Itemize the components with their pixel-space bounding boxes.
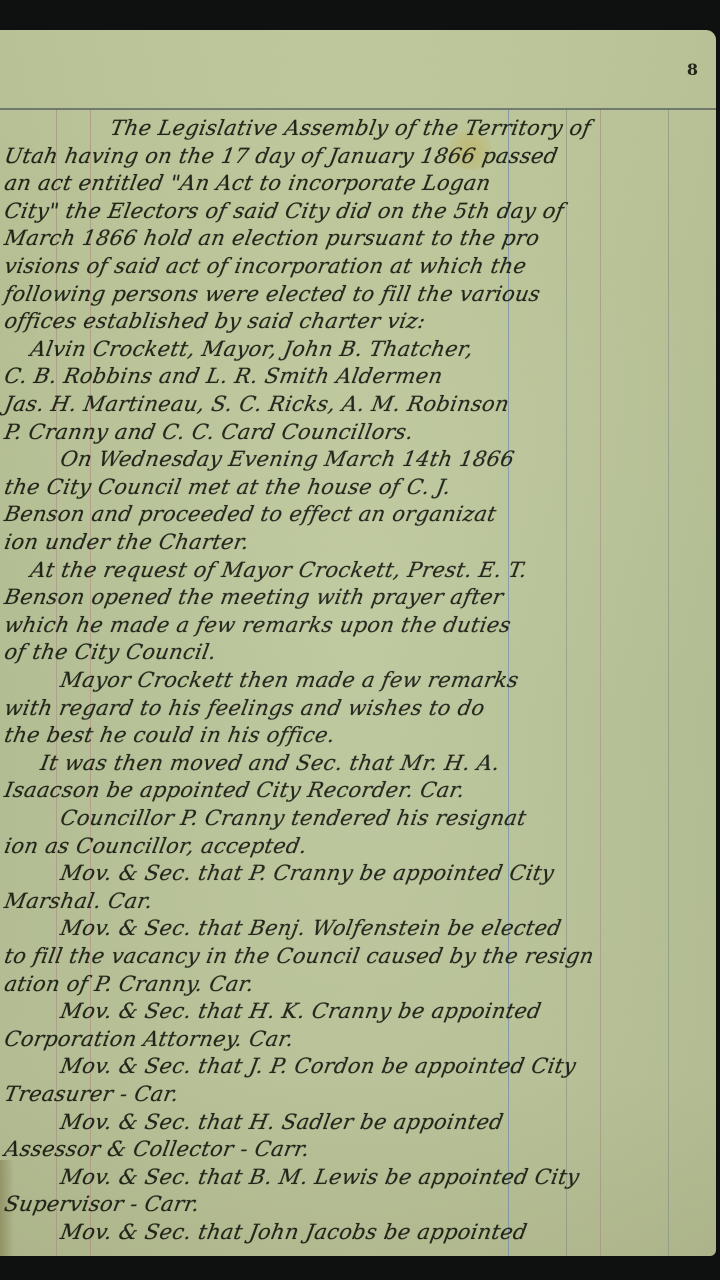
manuscript-line: Mov. & Sec. that John Jacobs be appointe… <box>0 1220 716 1252</box>
ledger-page: 8 The Legislative Assembly of the Territ… <box>0 30 716 1256</box>
header-rule <box>0 108 716 110</box>
page-number: 8 <box>687 60 698 79</box>
